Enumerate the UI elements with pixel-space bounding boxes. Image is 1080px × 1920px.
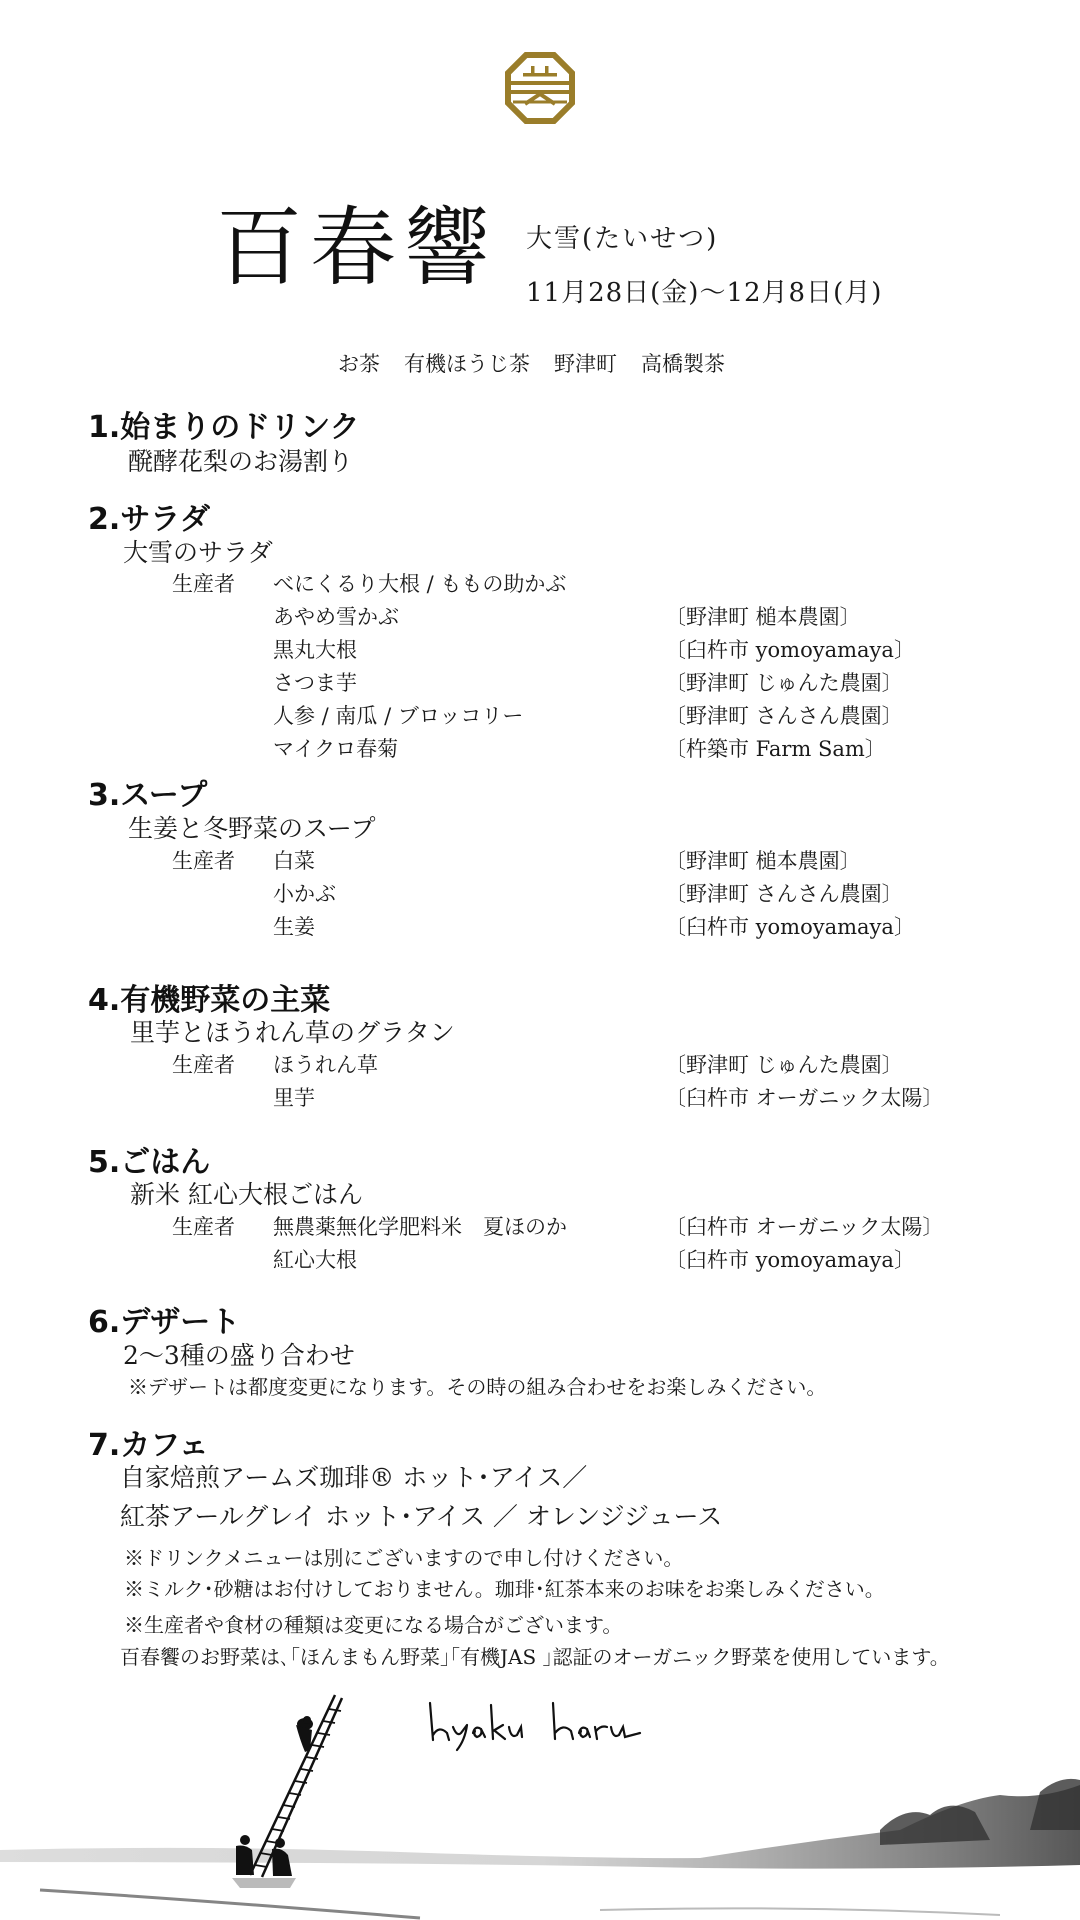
producer: 〔臼杵市 オーガニック太陽〕 bbox=[665, 1082, 943, 1112]
dish-name: 生姜と冬野菜のスープ bbox=[128, 809, 376, 845]
drink-menu-note: ※ドリンクメニューは別にございますので申し付けください。 bbox=[124, 1542, 683, 1571]
ingredient: 里芋 bbox=[273, 1082, 315, 1112]
crest-logo-icon bbox=[505, 52, 575, 124]
tea-region: 野津町 bbox=[554, 352, 617, 376]
tea-producer: 高橋製茶 bbox=[641, 352, 725, 376]
signature-hyaku-haru bbox=[425, 1695, 655, 1755]
producer: 〔野津町 さんさん農園〕 bbox=[665, 700, 903, 730]
producer-label: 生産者 bbox=[172, 1211, 235, 1241]
producer-change-note: ※生産者や食材の種類は変更になる場合がございます。 bbox=[124, 1609, 622, 1638]
ingredient: さつま芋 bbox=[273, 667, 357, 697]
producer: 〔臼杵市 yomoyamaya〕 bbox=[665, 1244, 915, 1274]
dish-name: 醗酵花梨のお湯割り bbox=[128, 442, 353, 478]
ingredient: あやめ雪かぶ bbox=[273, 601, 399, 631]
producer: 〔臼杵市 yomoyamaya〕 bbox=[665, 911, 915, 941]
producer: 〔野津町 じゅんた農園〕 bbox=[665, 1049, 903, 1079]
cafe-drinks-line1: 自家焙煎アームズ珈琲® ホット･アイス／ bbox=[120, 1458, 587, 1494]
ingredient: べにくるり大根 / ももの助かぶ bbox=[273, 568, 566, 598]
tea-label: お茶 bbox=[338, 352, 380, 376]
producer-label: 生産者 bbox=[172, 845, 235, 875]
producer: 〔杵築市 Farm Sam〕 bbox=[665, 733, 886, 763]
producer: 〔臼杵市 yomoyamaya〕 bbox=[665, 634, 915, 664]
dish-name: 大雪のサラダ bbox=[123, 533, 273, 569]
section-heading: 3.スープ bbox=[88, 770, 207, 814]
ingredient: 人参 / 南瓜 / ブロッコリー bbox=[273, 700, 523, 730]
ingredient: 黒丸大根 bbox=[273, 634, 357, 664]
ingredient: 生姜 bbox=[273, 911, 315, 941]
tea-line: お茶有機ほうじ茶野津町高橋製茶 bbox=[338, 348, 749, 378]
date-range: 11月28日(金)〜12月8日(月) bbox=[526, 272, 882, 309]
section-heading: 6.デザート bbox=[88, 1297, 240, 1341]
ingredient: マイクロ春菊 bbox=[273, 733, 398, 763]
organic-vegetables-note: 百春饗のお野菜は､｢ほんまもん野菜｣｢有機JAS ｣認証のオーガニック野菜を使用… bbox=[120, 1641, 950, 1670]
producer: 〔野津町 じゅんた農園〕 bbox=[665, 667, 903, 697]
brand-title: 百春響 bbox=[216, 205, 498, 291]
ingredient: 無農薬無化学肥料米 夏ほのか bbox=[273, 1211, 567, 1241]
producer: 〔野津町 槌本農園〕 bbox=[665, 845, 861, 875]
section-heading: 2.サラダ bbox=[88, 494, 210, 538]
ingredient: ほうれん草 bbox=[273, 1049, 378, 1079]
producer: 〔野津町 槌本農園〕 bbox=[665, 601, 861, 631]
dessert-note: ※デザートは都度変更になります。その時の組み合わせをお楽しみください。 bbox=[128, 1371, 826, 1400]
producer-label: 生産者 bbox=[172, 568, 235, 598]
producer: 〔臼杵市 オーガニック太陽〕 bbox=[665, 1211, 943, 1241]
dish-name: 里芋とほうれん草のグラタン bbox=[130, 1013, 455, 1049]
season-name: 大雪(たいせつ) bbox=[526, 218, 718, 255]
ingredient: 紅心大根 bbox=[273, 1244, 357, 1274]
producer-label: 生産者 bbox=[172, 1049, 235, 1079]
dish-name: 2〜3種の盛り合わせ bbox=[123, 1336, 355, 1372]
ingredient: 白菜 bbox=[273, 845, 315, 875]
tea-type: 有機ほうじ茶 bbox=[404, 352, 530, 376]
producer: 〔野津町 さんさん農園〕 bbox=[665, 878, 903, 908]
cafe-drinks-line2: 紅茶アールグレイ ホット･アイス ／ オレンジジュース bbox=[120, 1497, 722, 1533]
milk-sugar-note: ※ミルク･砂糖はお付けしておりません。珈琲･紅茶本来のお味をお楽しみください。 bbox=[124, 1573, 885, 1602]
dish-name: 新米 紅心大根ごはん bbox=[130, 1175, 363, 1211]
ingredient: 小かぶ bbox=[273, 878, 336, 908]
section-heading: 1.始まりのドリンク bbox=[88, 402, 360, 446]
